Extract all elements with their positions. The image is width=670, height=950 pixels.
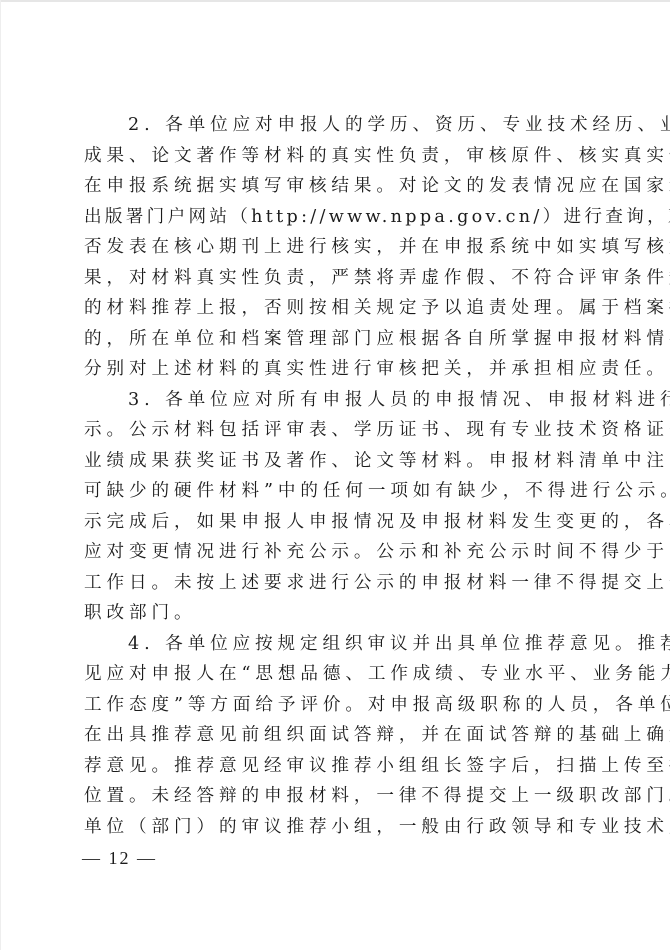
text-line: 示完成后，如果申报人申报情况及申报材料发生变更的，各单位 xyxy=(84,507,594,538)
text-line: 示。公示材料包括评审表、学历证书、现有专业技术资格证书、 xyxy=(84,415,594,446)
text-line: 3. 各单位应对所有申报人员的申报情况、申报材料进行公 xyxy=(84,385,594,416)
text-line: 应对变更情况进行补充公示。公示和补充公示时间不得少于5个 xyxy=(84,537,594,568)
paragraph-3: 3. 各单位应对所有申报人员的申报情况、申报材料进行公 示。公示材料包括评审表、… xyxy=(84,385,594,629)
text-line: 工作态度”等方面给予评价。对申报高级职称的人员，各单位应 xyxy=(84,690,594,721)
text-line: 荐意见。推荐意见经审议推荐小组组长签字后，扫描上传至指定 xyxy=(84,751,594,782)
text-line: 单位（部门）的审议推荐小组，一般由行政领导和专业技术人员 xyxy=(84,812,594,843)
text-line-with-url: 出版署门户网站（http://www.nppa.gov.cn/）进行查询，对是 xyxy=(84,202,594,233)
document-body: 2. 各单位应对申报人的学历、资历、专业技术经历、业绩 成果、论文著作等材料的真… xyxy=(84,110,594,842)
paragraph-4: 4. 各单位应按规定组织审议并出具单位推荐意见。推荐意 见应对申报人在“思想品德… xyxy=(84,629,594,843)
text-line: 职改部门。 xyxy=(84,598,594,629)
text-line: 否发表在核心期刊上进行核实，并在申报系统中如实填写核实结 xyxy=(84,232,594,263)
paragraph-2: 2. 各单位应对申报人的学历、资历、专业技术经历、业绩 成果、论文著作等材料的真… xyxy=(84,110,594,385)
text-line: 位置。未经答辩的申报材料，一律不得提交上一级职改部门。各 xyxy=(84,781,594,812)
text-line: 4. 各单位应按规定组织审议并出具单位推荐意见。推荐意 xyxy=(84,629,594,660)
text-line: 2. 各单位应对申报人的学历、资历、专业技术经历、业绩 xyxy=(84,110,594,141)
text-line: 成果、论文著作等材料的真实性负责，审核原件、核实真实性后 xyxy=(84,141,594,172)
document-page: 2. 各单位应对申报人的学历、资历、专业技术经历、业绩 成果、论文著作等材料的真… xyxy=(0,0,670,950)
page-number: — 12 — xyxy=(82,848,157,869)
text-line: 的，所在单位和档案管理部门应根据各自所掌握申报材料情况， xyxy=(84,324,594,355)
text-line: 见应对申报人在“思想品德、工作成绩、专业水平、业务能力、 xyxy=(84,659,594,690)
text-line: 在出具推荐意见前组织面试答辩，并在面试答辩的基础上确定推 xyxy=(84,720,594,751)
text-line: 分别对上述材料的真实性进行审核把关，并承担相应责任。 xyxy=(84,354,594,385)
text-line: 工作日。未按上述要求进行公示的申报材料一律不得提交上一级 xyxy=(84,568,594,599)
text-line: 可缺少的硬件材料”中的任何一项如有缺少，不得进行公示。公 xyxy=(84,476,594,507)
text-line: 业绩成果获奖证书及著作、论文等材料。申报材料清单中注明“不 xyxy=(84,446,594,477)
top-border xyxy=(0,0,670,2)
left-border xyxy=(0,0,1,950)
text-line: 在申报系统据实填写审核结果。对论文的发表情况应在国家新闻 xyxy=(84,171,594,202)
text-line: 的材料推荐上报，否则按相关规定予以追责处理。属于档案托管 xyxy=(84,293,594,324)
text-line: 果，对材料真实性负责，严禁将弄虚作假、不符合评审条件规定 xyxy=(84,263,594,294)
